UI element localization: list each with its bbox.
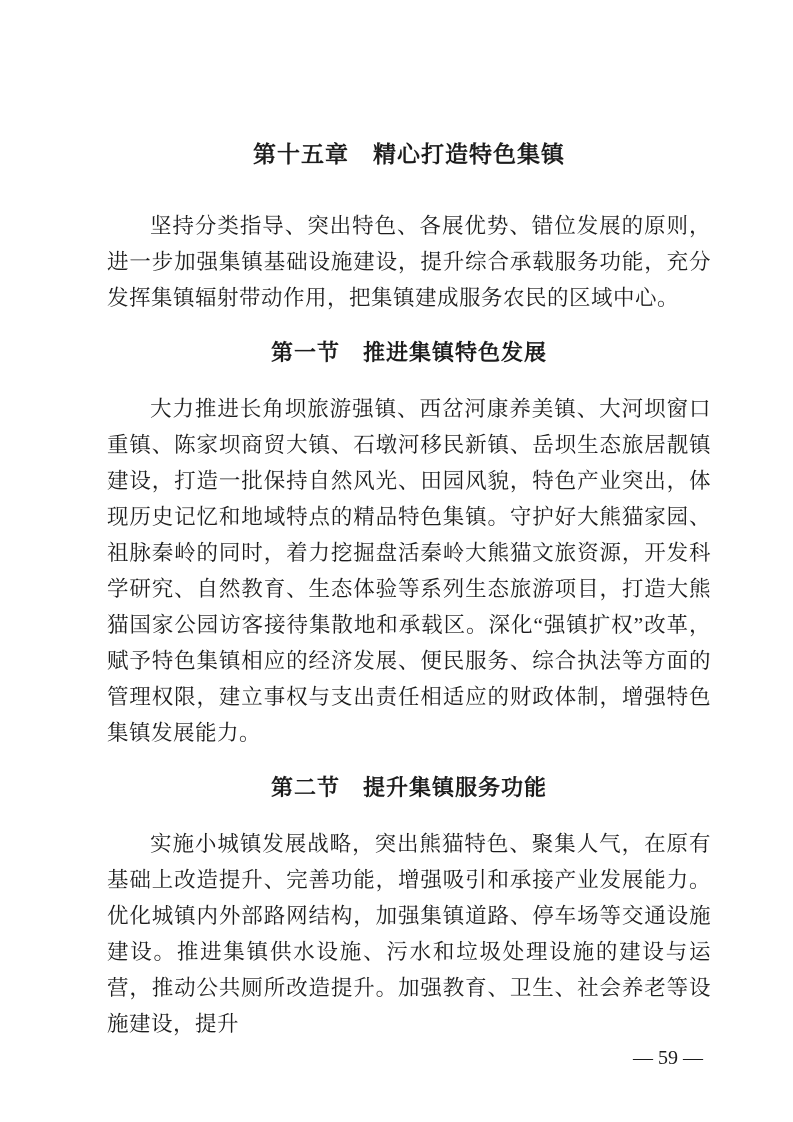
page-content: 第十五章 精心打造特色集镇 坚持分类指导、突出特色、各展优势、错位发展的原则，进… (107, 140, 711, 1042)
section-2-title: 第二节 提升集镇服务功能 (107, 774, 711, 802)
document-page: 第十五章 精心打造特色集镇 坚持分类指导、突出特色、各展优势、错位发展的原则，进… (0, 0, 793, 1122)
section-1-paragraph: 大力推进长角坝旅游强镇、西岔河康养美镇、大河坝窗口重镇、陈家坝商贸大镇、石墩河移… (107, 391, 711, 751)
section-2-paragraph: 实施小城镇发展战略，突出熊猫特色、聚集人气，在原有基础上改造提升、完善功能，增强… (107, 826, 711, 1042)
page-number: — 59 — (633, 1046, 703, 1070)
intro-paragraph: 坚持分类指导、突出特色、各展优势、错位发展的原则，进一步加强集镇基础设施建设，提… (107, 208, 711, 316)
chapter-title: 第十五章 精心打造特色集镇 (107, 140, 711, 168)
section-1-title: 第一节 推进集镇特色发展 (107, 339, 711, 367)
